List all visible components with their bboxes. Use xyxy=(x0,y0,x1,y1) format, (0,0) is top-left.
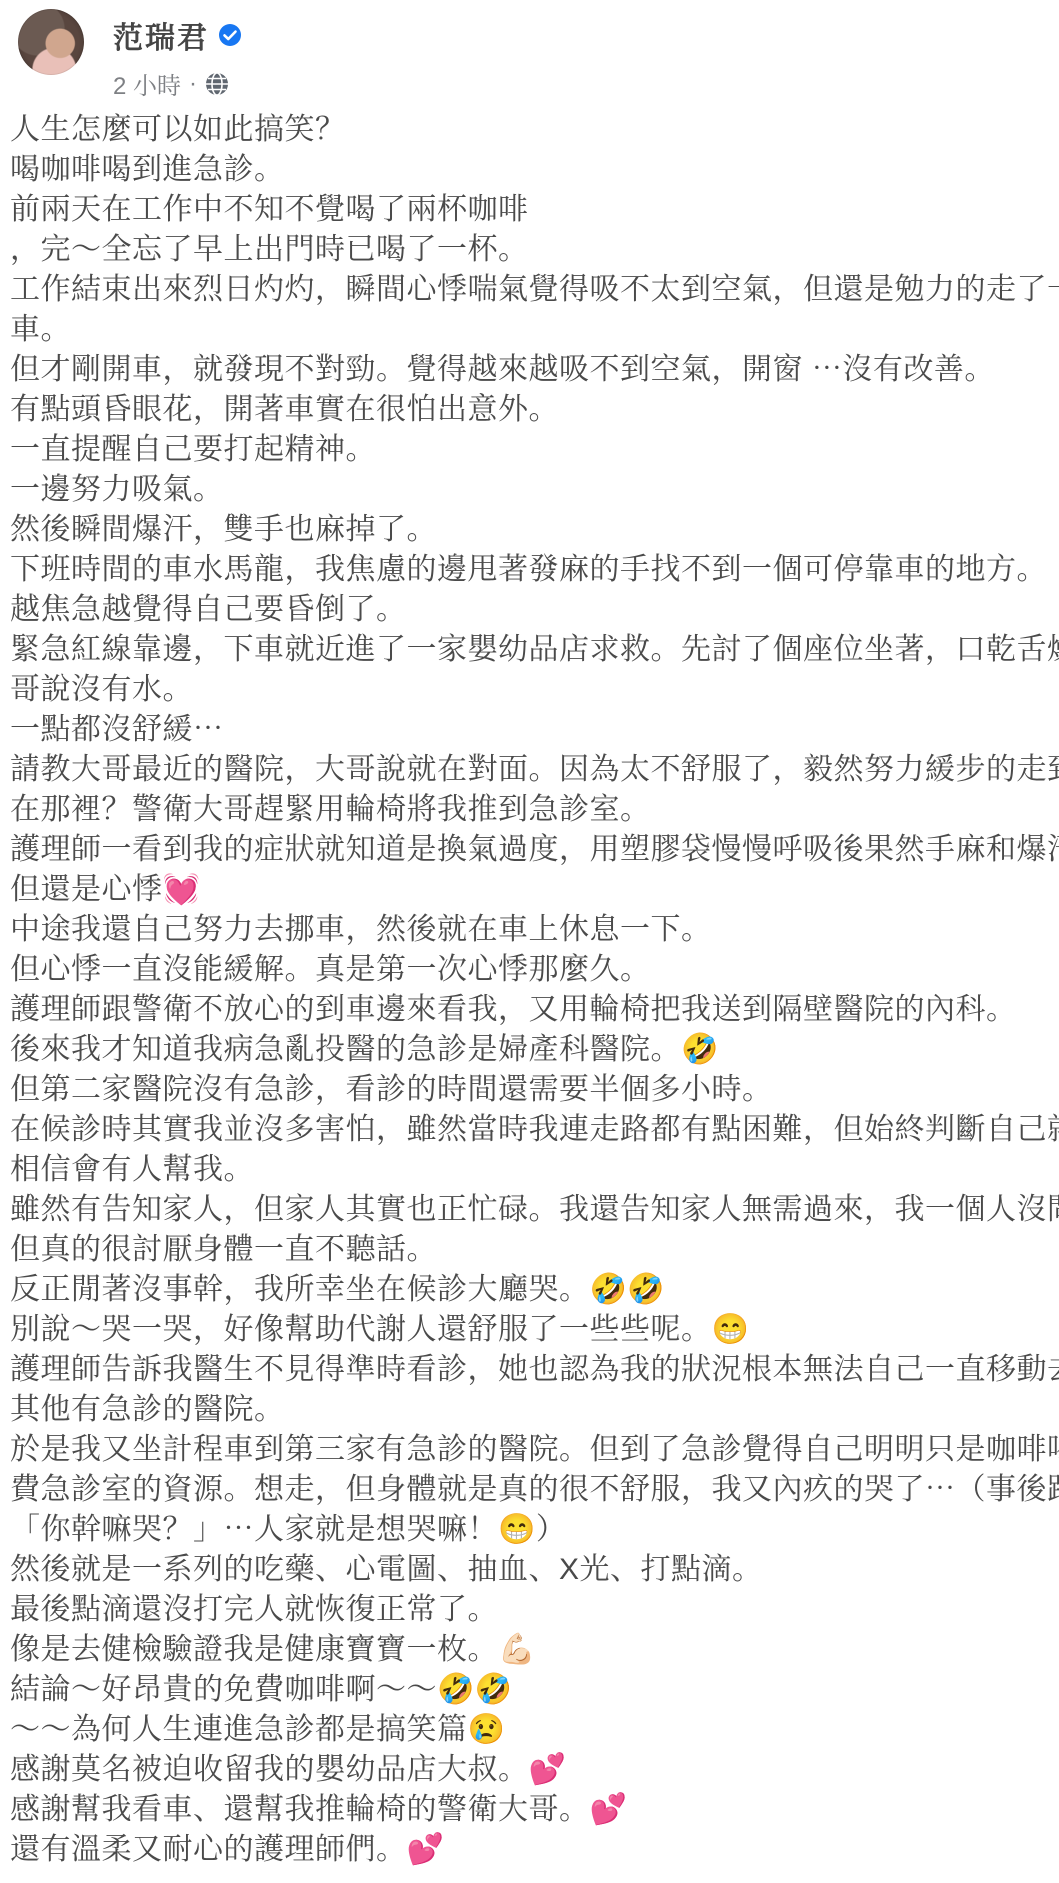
post-text-line: 後來我才知道我病急亂投醫的急診是婦產科醫院。🤣 xyxy=(10,1030,1059,1070)
post-text-line: 結論～好昂貴的免費咖啡啊～～🤣🤣 xyxy=(10,1670,1059,1710)
post-text-line: 哥說沒有水。 xyxy=(10,670,1059,710)
post-text-line: 像是去健檢驗證我是健康寶寶一枚。💪🏻 xyxy=(10,1630,1059,1670)
post-text-line: 在候診時其實我並沒多害怕，雖然當時我連走路都有點困難，但始終判斷自己就 xyxy=(10,1110,1059,1150)
post-text-line: 但第二家醫院沒有急診，看診的時間還需要半個多小時。 xyxy=(10,1070,1059,1110)
post-text-line: 請教大哥最近的醫院，大哥說就在對面。因為太不舒服了，毅然努力緩步的走到 xyxy=(10,750,1059,790)
post-text-line: 前兩天在工作中不知不覺喝了兩杯咖啡 xyxy=(10,190,1059,230)
post-text-line: 其他有急診的醫院。 xyxy=(10,1390,1059,1430)
author-name-row: 范瑞君 xyxy=(113,13,241,57)
post-text-line: 人生怎麼可以如此搞笑？ xyxy=(10,110,1059,150)
post-text-line: 還有溫柔又耐心的護理師們。💕 xyxy=(10,1830,1059,1870)
post-text-line: 越焦急越覺得自己要昏倒了。 xyxy=(10,590,1059,630)
post-text-line: ，完～全忘了早上出門時已喝了一杯。 xyxy=(10,230,1059,270)
verified-badge-icon xyxy=(219,24,241,46)
post-text-line: 一邊努力吸氣。 xyxy=(10,470,1059,510)
post-text-line: 「你幹嘛哭？」⋯人家就是想哭嘛！😁） xyxy=(10,1510,1059,1550)
post-text-line: 感謝莫名被迫收留我的嬰幼品店大叔。💕 xyxy=(10,1750,1059,1790)
facebook-post: 范瑞君 2 小時 · xyxy=(0,0,1059,1883)
post-text-line: 最後點滴還沒打完人就恢復正常了。 xyxy=(10,1590,1059,1630)
post-text-line: 然後就是一系列的吃藥、心電圖、抽血、X光、打點滴。 xyxy=(10,1550,1059,1590)
post-text-line: 但真的很討厭身體一直不聽話。 xyxy=(10,1230,1059,1270)
post-text-line: 但還是心悸💓 xyxy=(10,870,1059,910)
post-text-line: 中途我還自己努力去挪車，然後就在車上休息一下。 xyxy=(10,910,1059,950)
post-header: 范瑞君 2 小時 · xyxy=(18,9,1059,101)
post-text-line: 別說～哭一哭，好像幫助代謝人還舒服了一些些呢。😁 xyxy=(10,1310,1059,1350)
meta-separator: · xyxy=(189,70,197,98)
post-body: 人生怎麼可以如此搞笑？喝咖啡喝到進急診。前兩天在工作中不知不覺喝了兩杯咖啡，完～… xyxy=(10,110,1059,1870)
post-text-line: 費急診室的資源。想走，但身體就是真的很不舒服，我又內疚的哭了⋯（事後跟 xyxy=(10,1470,1059,1510)
post-text-line: 緊急紅線靠邊，下車就近進了一家嬰幼品店求救。先討了個座位坐著，口乾舌燥 xyxy=(10,630,1059,670)
post-text-line: 於是我又坐計程車到第三家有急診的醫院。但到了急診覺得自己明明只是咖啡喝 xyxy=(10,1430,1059,1470)
post-text-line: 雖然有告知家人，但家人其實也正忙碌。我還告知家人無需過來，我一個人沒問 xyxy=(10,1190,1059,1230)
post-text-line: 感謝幫我看車、還幫我推輪椅的警衛大哥。💕 xyxy=(10,1790,1059,1830)
post-text-line: 但才剛開車，就發現不對勁。覺得越來越吸不到空氣，開窗 ⋯沒有改善。 xyxy=(10,350,1059,390)
avatar[interactable] xyxy=(18,9,84,75)
author-name[interactable]: 范瑞君 xyxy=(113,13,209,57)
post-text-line: 一直提醒自己要打起精神。 xyxy=(10,430,1059,470)
post-text-line: 然後瞬間爆汗，雙手也麻掉了。 xyxy=(10,510,1059,550)
post-text-line: 護理師一看到我的症狀就知道是換氣過度，用塑膠袋慢慢呼吸後果然手麻和爆汗 xyxy=(10,830,1059,870)
post-text-line: 下班時間的車水馬龍，我焦慮的邊甩著發麻的手找不到一個可停靠車的地方。 xyxy=(10,550,1059,590)
timestamp[interactable]: 2 小時 xyxy=(113,66,181,101)
globe-privacy-icon xyxy=(205,72,229,96)
post-text-line: 喝咖啡喝到進急診。 xyxy=(10,150,1059,190)
post-text-line: ～～為何人生連進急診都是搞笑篇😢 xyxy=(10,1710,1059,1750)
post-text-line: 在那裡？警衛大哥趕緊用輪椅將我推到急診室。 xyxy=(10,790,1059,830)
post-text-line: 一點都沒舒緩⋯ xyxy=(10,710,1059,750)
post-text-line: 反正閒著沒事幹，我所幸坐在候診大廳哭。🤣🤣 xyxy=(10,1270,1059,1310)
post-text-line: 有點頭昏眼花，開著車實在很怕出意外。 xyxy=(10,390,1059,430)
post-text-line: 相信會有人幫我。 xyxy=(10,1150,1059,1190)
post-text-line: 護理師告訴我醫生不見得準時看診，她也認為我的狀況根本無法自己一直移動去 xyxy=(10,1350,1059,1390)
post-meta: 2 小時 · xyxy=(113,66,241,101)
post-header-text: 范瑞君 2 小時 · xyxy=(113,9,241,101)
post-text-line: 但心悸一直沒能緩解。真是第一次心悸那麼久。 xyxy=(10,950,1059,990)
post-text-line: 護理師跟警衛不放心的到車邊來看我，又用輪椅把我送到隔壁醫院的內科。 xyxy=(10,990,1059,1030)
post-text-line: 工作結束出來烈日灼灼，瞬間心悸喘氣覺得吸不太到空氣，但還是勉力的走了一 xyxy=(10,270,1059,310)
post-text-line: 車。 xyxy=(10,310,1059,350)
